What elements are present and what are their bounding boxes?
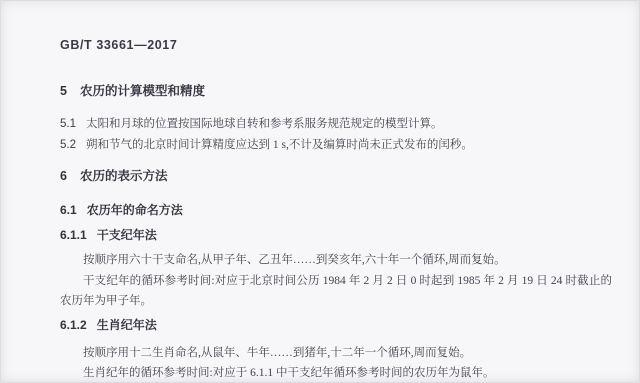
clause-5-1-number: 5.1 [60, 118, 76, 130]
clause-6-1-2-title: 生肖纪年法 [97, 318, 157, 332]
clause-5-2: 5.2朔和节气的北京时间计算精度应达到 1 s,不计及编算时尚未正式发布的闰秒。 [60, 135, 612, 156]
scanned-standard-page: GB/T 33661—2017 5农历的计算模型和精度 5.1太阳和月球的位置按… [0, 0, 640, 383]
section-6-heading: 6农历的表示方法 [60, 168, 612, 185]
standard-number: GB/T 33661—2017 [60, 38, 612, 52]
clause-6-1-1-paragraph-1: 按顺序用六十干支命名,从甲子年、乙丑年……到癸亥年,六十年一个循环,周而复始。 [60, 250, 612, 271]
clause-6-1-1-paragraph-2: 干支纪年的循环参考时间:对应于北京时间公历 1984 年 2 月 2 日 0 时… [60, 271, 612, 312]
section-5-number: 5 [60, 84, 67, 98]
section-5-heading: 5农历的计算模型和精度 [60, 83, 612, 100]
section-6-title: 农历的表示方法 [80, 169, 168, 183]
clause-6-1-2-heading: 6.1.2生肖纪年法 [60, 317, 612, 334]
subsection-6-1-number: 6.1 [60, 203, 77, 217]
clause-6-1-1-heading: 6.1.1干支纪年法 [60, 227, 612, 244]
clause-6-1-1-title: 干支纪年法 [97, 228, 157, 242]
clause-6-1-1-number: 6.1.1 [60, 228, 87, 242]
section-6-number: 6 [60, 169, 67, 183]
subsection-6-1-heading: 6.1农历年的命名方法 [60, 202, 612, 219]
clause-6-1-2-paragraph-2: 生肖纪年的循环参考时间:对应于 6.1.1 中干支纪年循环参考时间的农历年为鼠年… [60, 363, 612, 383]
clause-6-1-2-number: 6.1.2 [60, 318, 87, 332]
clause-6-1-2-paragraph-1: 按顺序用十二生肖命名,从鼠年、牛年……到猪年,十二年一个循环,周而复始。 [60, 343, 612, 364]
section-5-title: 农历的计算模型和精度 [80, 84, 205, 98]
clause-5-1-text: 太阳和月球的位置按国际地球自转和参考系服务规范规定的模型计算。 [86, 118, 443, 130]
subsection-6-1-title: 农历年的命名方法 [87, 203, 183, 217]
clause-5-1: 5.1太阳和月球的位置按国际地球自转和参考系服务规范规定的模型计算。 [60, 114, 612, 135]
clause-5-2-text: 朔和节气的北京时间计算精度应达到 1 s,不计及编算时尚未正式发布的闰秒。 [86, 139, 473, 151]
clause-5-2-number: 5.2 [60, 139, 76, 151]
